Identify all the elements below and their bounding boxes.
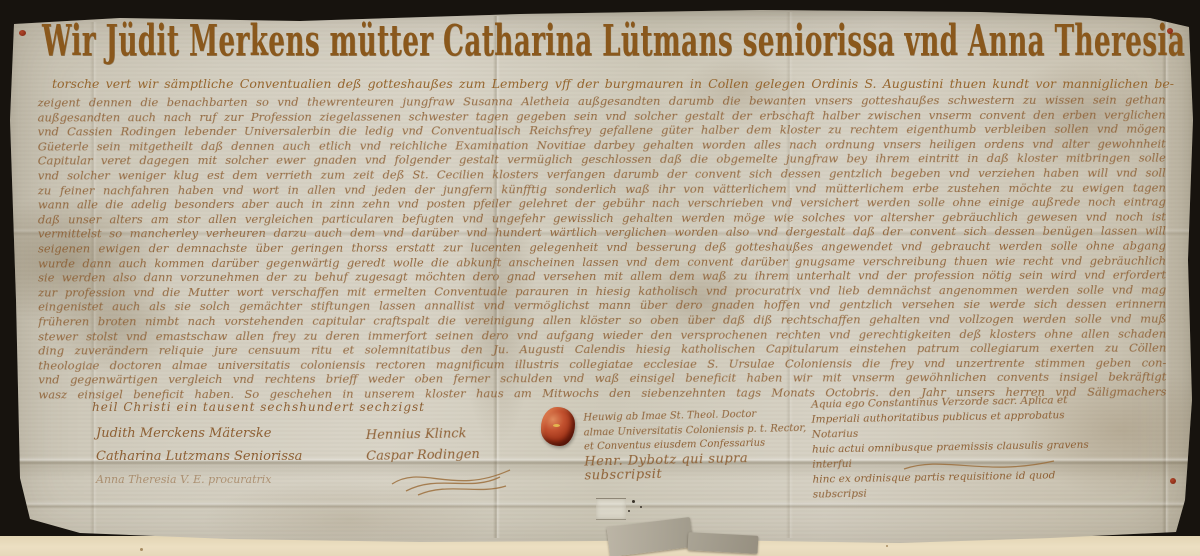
signature-judith-merckens: Judith Merckens Mäterske xyxy=(96,422,302,445)
charter-heading-text: Wir Jüdit Merkens mütter Catharina Lütma… xyxy=(42,15,1200,66)
corner-wax-dot xyxy=(26,519,33,525)
plica-seal-slit xyxy=(596,499,626,519)
signature-block-convent: Judith Merckens Mäterske Catharina Lutzm… xyxy=(96,422,302,491)
notary-flourish-icon xyxy=(900,455,1060,477)
corner-wax-dot xyxy=(1170,478,1176,484)
seal-tag-fragment xyxy=(688,532,759,554)
mat-speck xyxy=(140,548,143,551)
ink-spot xyxy=(640,506,642,508)
signature-anna-theresia: Anna Theresia V. E. procuratrix xyxy=(96,468,302,491)
corner-wax-dot xyxy=(19,30,26,36)
charter-heading-line-2: torsche vert wir sämptliche Conventualie… xyxy=(52,76,1174,91)
mat-speck xyxy=(886,545,888,547)
notary-attestation-block: Aquia ego Constantinus Verzorde sacr. Ap… xyxy=(811,392,1113,502)
pen-flourish-icon xyxy=(388,462,518,496)
signature-block-witnesses: Hennius Klinck Caspar Rodingen xyxy=(366,423,480,467)
wax-seal-highlight xyxy=(553,424,560,427)
date-line: heil Christi ein tausent sechshundert se… xyxy=(92,400,425,414)
ink-spot xyxy=(628,510,630,512)
wax-seal xyxy=(541,407,575,446)
corner-wax-dot xyxy=(1167,28,1173,34)
signature-henr-dybotz: Henr. Dybotz qui supra subscripsit xyxy=(584,450,825,484)
charter-body: zeigent dennen die benachbarten so vnd t… xyxy=(38,93,1167,402)
charter-heading-line-1: Wir Jüdit Merkens mütter Catharina Lütma… xyxy=(42,22,1200,61)
signature-hennius-klinck: Hennius Klinck xyxy=(366,423,480,446)
signature-catharina-lutzmans: Catharina Lutzmans Seniorissa xyxy=(96,445,302,468)
rector-attestation-block: Heuwig ab Imae St. Theol. Doctor almae U… xyxy=(583,406,824,484)
parchment-sheet: Wir Jüdit Merkens mütter Catharina Lütma… xyxy=(0,0,1200,556)
ink-spot xyxy=(632,500,635,503)
